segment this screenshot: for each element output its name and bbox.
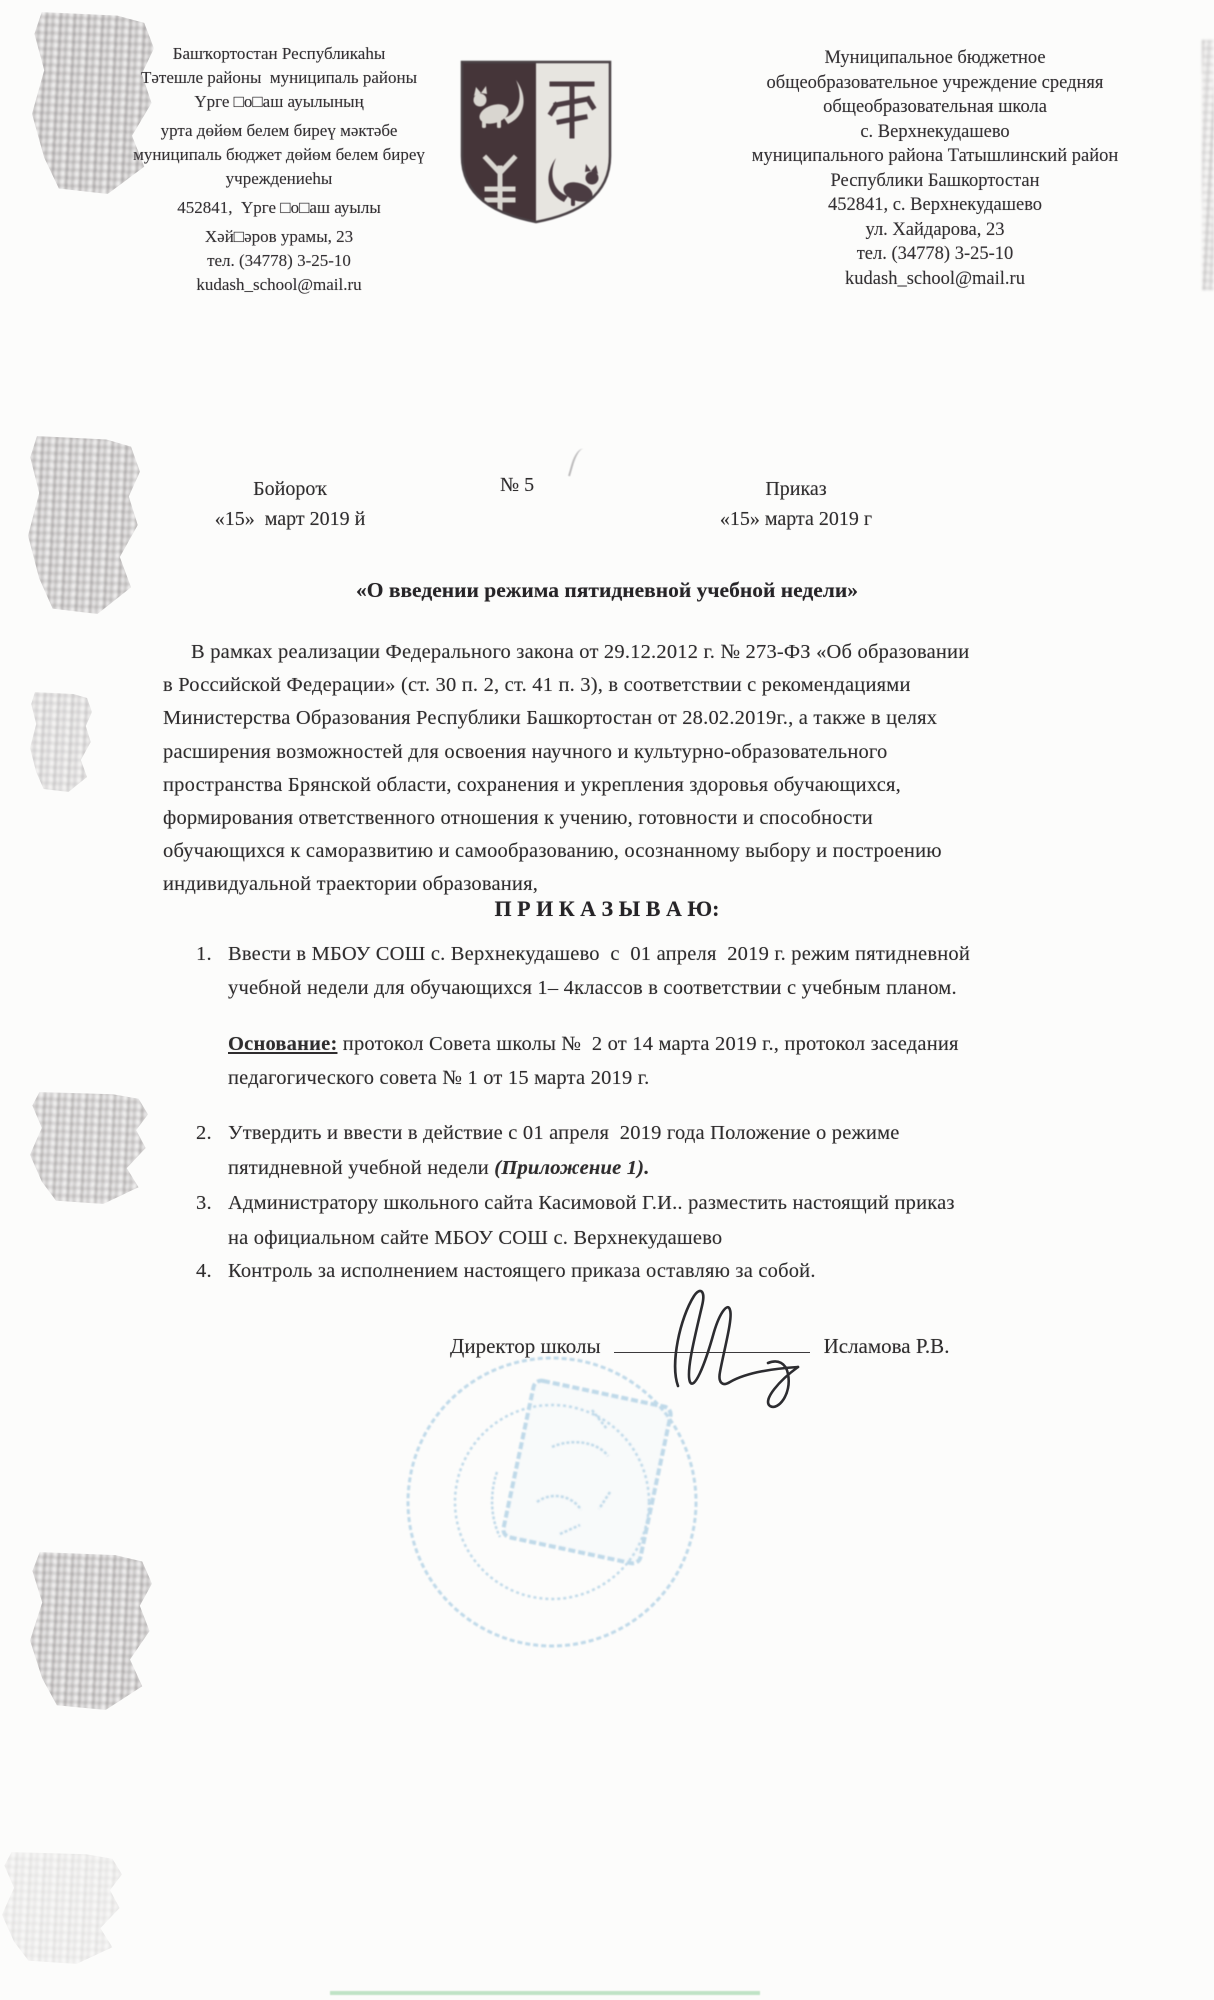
org-line: Хәй□әров урамы, 23 xyxy=(78,225,480,249)
org-line: тел. (34778) 3-25-10 xyxy=(78,249,480,273)
order-word: Бойороҡ xyxy=(118,474,462,504)
scanner-smudge xyxy=(1202,40,1214,290)
order-number: № 5 xyxy=(500,474,534,497)
district-coat-of-arms xyxy=(456,56,616,228)
order-title-bashkir: Бойороҡ «15» март 2019 й xyxy=(118,474,462,534)
preamble-line: обучающихся к саморазвитию и самообразов… xyxy=(163,835,969,868)
preamble-line: пространства Брянской области, сохранени… xyxy=(163,769,969,802)
basis-text: протокол Совета школы № 2 от 14 марта 20… xyxy=(337,1033,958,1055)
basis-label: Основание: xyxy=(228,1033,337,1055)
org-line: общеобразовательная школа xyxy=(645,95,1214,120)
decree-item-4: 4. Контроль за исполнением настоящего пр… xyxy=(196,1255,816,1289)
org-email: kudash_school@mail.ru xyxy=(645,267,1214,292)
org-line: с. Верхнекудашево xyxy=(645,120,1214,145)
org-line: Республики Башкортостан xyxy=(645,169,1214,194)
scanner-smudge xyxy=(30,1092,148,1204)
decree-item-1: 1. Ввести в МБОУ СОШ с. Верхнекудашево с… xyxy=(196,938,970,1005)
decree-item-3: 3. Администратору школьного сайта Касимо… xyxy=(196,1186,955,1256)
signatory-name: Исламова Р.В. xyxy=(824,1334,950,1359)
order-title-russian: Приказ «15» марта 2019 г xyxy=(624,474,968,534)
org-block-russian: Муниципальное бюджетное общеобразователь… xyxy=(645,46,1214,291)
decree-item-2: 2. Утвердить и ввести в действие с 01 ап… xyxy=(196,1116,900,1186)
basis-note: Основание: протокол Совета школы № 2 от … xyxy=(228,1028,959,1095)
org-line: 452841, с. Верхнекудашево xyxy=(645,193,1214,218)
appendix-reference: (Приложение 1). xyxy=(494,1157,649,1179)
handwritten-signature xyxy=(648,1286,838,1418)
scanner-smudge xyxy=(32,12,154,194)
preamble-line: в Российской Федерации» (ст. 30 п. 2, ст… xyxy=(163,669,969,702)
item-line: Администратору школьного сайта Касимовой… xyxy=(228,1186,955,1221)
item-number: 3. xyxy=(196,1186,228,1256)
org-line: муниципального района Татышлинский район xyxy=(645,144,1214,169)
scan-edge-line xyxy=(330,1991,760,1995)
preamble: В рамках реализации Федерального закона … xyxy=(163,636,969,902)
item-line: на официальном сайте МБОУ СОШ с. Верхнек… xyxy=(228,1221,955,1256)
preamble-line: Министерства Образования Республики Башк… xyxy=(163,702,969,735)
scanner-smudge xyxy=(30,692,92,792)
preamble-line: формирования ответственного отношения к … xyxy=(163,802,969,835)
org-line: 452841, Үрге □о□аш ауылы xyxy=(78,196,480,220)
org-line: Муниципальное бюджетное xyxy=(645,46,1214,71)
org-line: тел. (34778) 3-25-10 xyxy=(645,242,1214,267)
scanner-smudge xyxy=(2,1852,122,1964)
preamble-line: В рамках реализации Федерального закона … xyxy=(163,636,969,669)
item-line: Ввести в МБОУ СОШ с. Верхнекудашево с 01… xyxy=(228,938,970,972)
basis-line: Основание: протокол Совета школы № 2 от … xyxy=(228,1028,959,1062)
signature-label: Директор школы xyxy=(450,1334,601,1359)
org-email: kudash_school@mail.ru xyxy=(78,273,480,297)
scanned-order-document: Башҡортостан Республикаһы Тәтешле районы… xyxy=(0,0,1214,2000)
org-line: ул. Хайдарова, 23 xyxy=(645,218,1214,243)
decree-heading: П Р И К А З Ы В А Ю: xyxy=(0,896,1214,922)
item-number: 1. xyxy=(196,938,228,1005)
item-line: Контроль за исполнением настоящего прика… xyxy=(228,1255,816,1289)
item-line: Утвердить и ввести в действие с 01 апрел… xyxy=(228,1116,900,1151)
item-line: пятидневной учебной недели (Приложение 1… xyxy=(228,1151,900,1186)
scanner-smudge xyxy=(30,1552,152,1710)
item-number: 2. xyxy=(196,1116,228,1186)
stamp-shield xyxy=(502,1379,672,1565)
item-text: пятидневной учебной недели xyxy=(228,1157,494,1179)
basis-line: педагогического совета № 1 от 15 марта 2… xyxy=(228,1062,959,1096)
item-line: учебной недели для обучающихся 1– 4класс… xyxy=(228,972,970,1006)
preamble-line: расширения возможностей для освоения нау… xyxy=(163,736,969,769)
pencil-mark xyxy=(568,447,588,479)
order-date: «15» марта 2019 г xyxy=(624,504,968,534)
scanner-smudge xyxy=(28,436,140,614)
org-line: общеобразовательное учреждение средняя xyxy=(645,71,1214,96)
order-subject: «О введении режима пятидневной учебной н… xyxy=(0,578,1214,603)
item-number: 4. xyxy=(196,1255,228,1289)
order-word: Приказ xyxy=(624,474,968,504)
order-date: «15» март 2019 й xyxy=(118,504,462,534)
